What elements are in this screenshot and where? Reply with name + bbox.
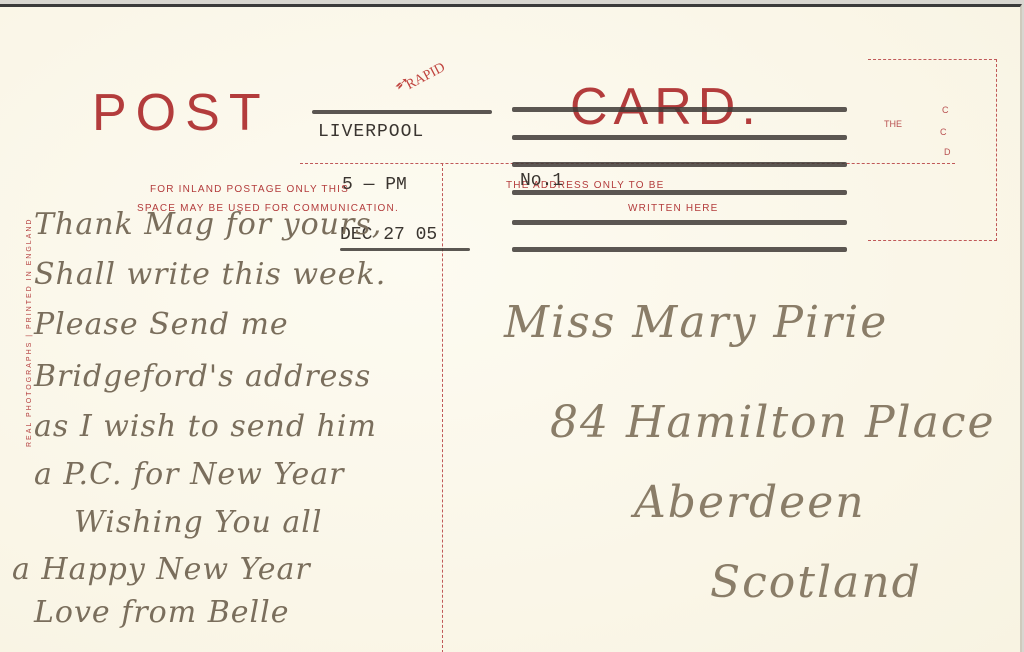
address-line: Scotland — [710, 557, 922, 608]
cancel-bar — [512, 135, 847, 140]
message-line: a Happy New Year — [12, 552, 311, 587]
message-line: Shall write this week. — [34, 257, 386, 292]
cancel-bar — [512, 107, 847, 112]
cancel-bar — [512, 247, 847, 252]
cancel-bar — [312, 110, 492, 114]
postmark-time: 5 — PM — [342, 175, 407, 195]
inland-postage-text: FOR INLAND POSTAGE ONLY THIS — [150, 184, 349, 195]
message-line: Please Send me — [34, 307, 289, 342]
side-imprint: REAL PHOTOGRAPHS | PRINTED IN ENGLAND — [26, 218, 33, 447]
stamp-box-text-4: D — [944, 147, 951, 157]
address-instruction-line2: WRITTEN HERE — [628, 203, 719, 214]
rapid-slogan: RAPID — [404, 60, 449, 94]
message-line: Thank Mag for yours, — [34, 207, 382, 242]
post-heading: POST — [92, 83, 270, 143]
postmark-town: LIVERPOOL — [318, 122, 424, 142]
message-line: a P.C. for New Year — [34, 457, 344, 492]
postcard-back: POST CARD. ➶ RAPID FOR INLAND POSTAGE ON… — [0, 4, 1022, 652]
address-line: Miss Mary Pirie — [504, 297, 888, 348]
stamp-box-text-1: THE — [884, 119, 902, 129]
address-line: Aberdeen — [634, 477, 866, 528]
address-line: 84 Hamilton Place — [550, 397, 996, 448]
center-divider-line — [442, 163, 444, 652]
stamp-box — [868, 59, 997, 241]
message-line: Love from Belle — [34, 595, 289, 630]
message-line: Wishing You all — [74, 505, 322, 540]
cancel-bar — [340, 248, 470, 251]
postmark-number: No.1 — [520, 171, 563, 191]
cancel-bar — [512, 220, 847, 225]
message-line: as I wish to send him — [34, 409, 377, 444]
message-line: Bridgeford's address — [34, 359, 371, 394]
stamp-box-text-2: C — [942, 105, 949, 115]
stamp-box-text-3: C — [940, 127, 947, 137]
cancel-bar — [512, 162, 847, 167]
